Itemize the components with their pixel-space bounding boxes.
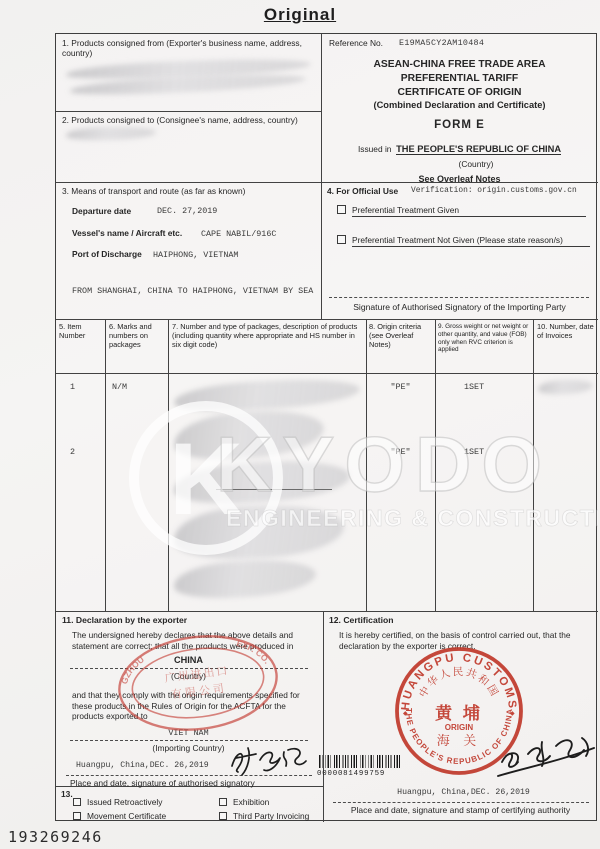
divider [56,373,598,374]
barcode-number: 0000081499759 [317,769,385,779]
col6-header: 6. Marks and numbers on packages [109,323,166,349]
issued-in-row: Issued in THE PEOPLE'S REPUBLIC OF CHINA [321,144,598,154]
certificate-form: 1. Products consigned from (Exporter's b… [55,33,597,821]
vessel-label: Vessel's name / Aircraft etc. [72,228,182,238]
certifier-place-date: Huangpu, China,DEC. 26,2019 [356,788,571,798]
movement-certificate-checkbox[interactable] [73,812,81,820]
divider [168,319,169,611]
certifying-authority-signature [494,732,599,784]
importing-signatory-line [329,297,589,298]
svg-text:HUANGPU CUSTOMS: HUANGPU CUSTOMS [400,652,518,711]
box3-label: 3. Means of transport and route (as far … [62,186,316,196]
svg-text:EXP. CO.: EXP. CO. [234,634,273,668]
exporter-company-stamp: GZHOU EXP. CO. 广州进出口 有限公司 [113,631,283,737]
stamp-huangpu-chinese: 黄 埔 [435,703,483,723]
exhibition-label: Exhibition [233,797,269,807]
vessel-value: CAPE NABIL/916C [201,229,276,239]
divider [56,319,598,320]
marks-numbers: N/M [112,382,127,392]
certificate-page: Original 1. Products consigned from (Exp… [0,0,600,849]
certifier-signature-line [333,802,589,803]
preferential-given-checkbox[interactable] [337,205,346,214]
stamp-arc-right-text: EXP. CO. [234,634,273,668]
reference-value: E19MA5CY2AM10484 [399,38,484,48]
item-number: 2 [70,447,75,457]
document-copy-type: Original [0,5,600,25]
certificate-title-line2: PREFERENTIAL TARIFF [321,72,598,86]
origin-criteria: "PE" [369,382,432,392]
col9-header: 9. Gross weight or net weight or other q… [438,323,530,354]
col10-header: 10. Number, date of Invoices [537,323,595,341]
certificate-barcode [319,755,401,768]
certifier-signature-caption: Place and date, signature and stamp of c… [323,805,598,815]
box11-label: 11. Declaration by the exporter [62,615,187,625]
reference-label: Reference No. [329,38,383,48]
preferential-not-given-label: Preferential Treatment Not Given (Please… [352,235,590,247]
preferential-not-given-checkbox[interactable] [337,235,346,244]
overleaf-note: See Overleaf Notes [321,174,598,184]
redacted-description [173,557,317,600]
route-value: FROM SHANGHAI, CHINA TO HAIPHONG, VIETNA… [72,286,317,296]
col5-header: 5. Item Number [59,323,103,341]
redacted-description [173,407,326,463]
redacted-description [173,503,345,561]
exporter-signature [226,744,308,780]
box2-label: 2. Products consigned to (Consignee's na… [62,115,318,125]
port-discharge-value: HAIPHONG, VIETNAM [153,250,238,260]
description-underline [216,489,332,490]
stamp-company-line1: 广州进出口 [164,663,230,685]
third-party-invoicing-label: Third Party Invoicing [233,811,309,821]
issued-retroactively-label: Issued Retroactively [87,797,162,807]
stamp-separator-left: ◆ [403,711,408,717]
divider [56,111,321,112]
stamp-customs-chinese: 海 关 [437,733,482,748]
form-e-label: FORM E [321,120,598,130]
col7-header: 7. Number and type of packages, descript… [172,323,364,349]
exporter-place-date: Huangpu, China,DEC. 26,2019 [76,761,209,771]
verification-url: Verification: origin.customs.gov.cn [411,186,577,196]
issued-in-label: Issued in [358,144,392,154]
box1-label: 1. Products consigned from (Exporter's b… [62,38,314,59]
divider [366,319,367,611]
divider [323,611,324,822]
serial-number: 193269246 [8,828,103,846]
certificate-title-line3: CERTIFICATE OF ORIGIN [321,86,598,100]
departure-date-value: DEC. 27,2019 [157,206,217,216]
quantity: 1SET [464,447,484,457]
certificate-title-line4: (Combined Declaration and Certificate) [321,100,598,110]
importing-signatory-caption: Signature of Authorised Signatory of the… [321,302,598,312]
third-party-invoicing-checkbox[interactable] [219,812,227,820]
issued-in-country: THE PEOPLE'S REPUBLIC OF CHINA [396,144,561,155]
redacted-invoice [538,379,593,395]
importing-country-line [70,740,308,741]
item-number: 1 [70,382,75,392]
stamp-company-line2: 有限公司 [170,682,227,702]
movement-certificate-label: Movement Certificate [87,811,166,821]
departure-date-label: Departure date [72,206,131,216]
issued-retroactively-checkbox[interactable] [73,798,81,806]
stamp-top-arc-text: HUANGPU CUSTOMS [400,652,518,711]
divider [105,319,106,611]
box13-label: 13. [61,789,73,799]
preferential-given-label: Preferential Treatment Given [352,205,586,217]
divider [533,319,534,611]
stamp-separator-right: ◆ [510,711,515,717]
issued-in-note: (Country) [321,159,600,169]
box4-label: 4. For Official Use [327,186,398,196]
divider [435,319,436,611]
quantity: 1SET [464,382,484,392]
origin-criteria: "PE" [369,447,432,457]
stamp-origin-text: ORIGIN [445,723,474,732]
port-discharge-label: Port of Discharge [72,249,142,259]
exhibition-checkbox[interactable] [219,798,227,806]
certificate-title-line1: ASEAN-CHINA FREE TRADE AREA [321,58,598,72]
redacted-consignee [66,126,156,141]
redacted-description [173,376,360,414]
divider [56,611,598,612]
redacted-description [173,457,351,506]
stamp-arc-left-text: GZHOU [116,654,149,687]
svg-text:GZHOU: GZHOU [116,654,149,687]
col8-header: 8. Origin criteria (see Overleaf Notes) [369,323,432,349]
box12-label: 12. Certification [329,615,393,625]
